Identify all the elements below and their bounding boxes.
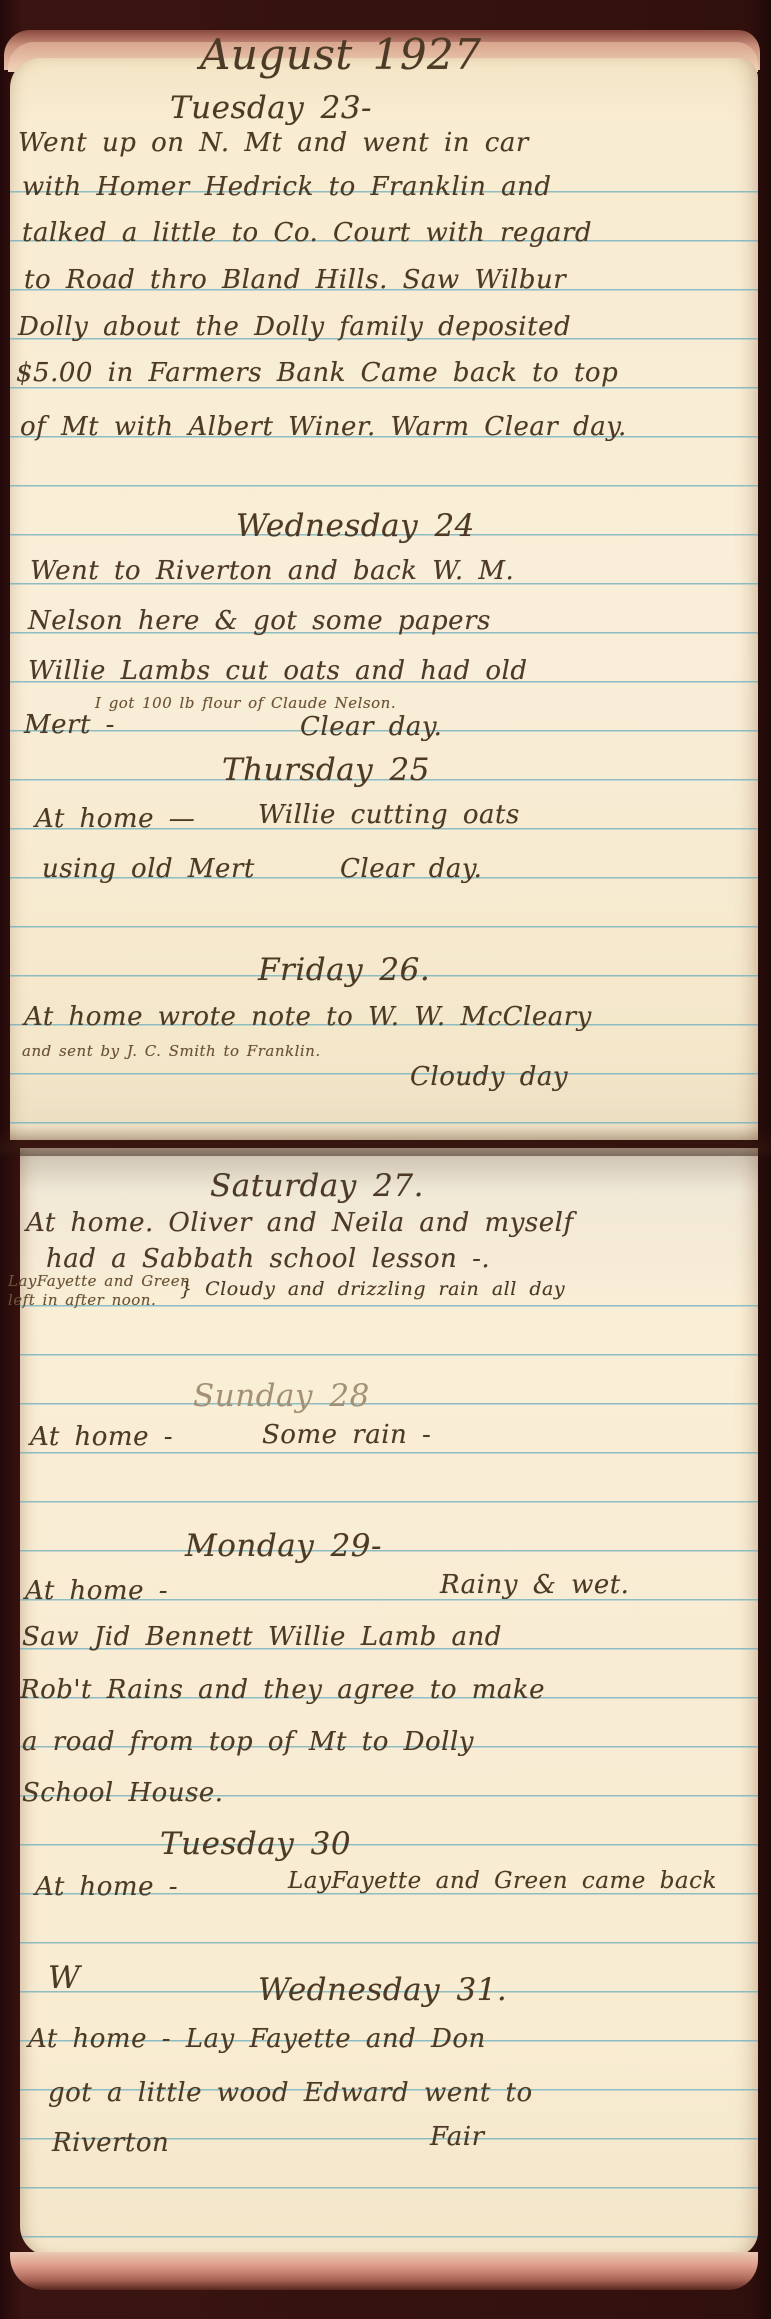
entry-line: a road from top of Mt to Dolly	[22, 1727, 474, 1757]
entry-line: Clear day.	[300, 712, 442, 742]
entry-line: with Homer Hedrick to Franklin and	[22, 172, 552, 202]
entry-line: Went up on N. Mt and went in car	[18, 128, 529, 158]
entry-line: At home -	[35, 1872, 178, 1902]
entry-line: At home —	[35, 804, 195, 834]
entry-line: At home. Oliver and Neila and myself	[26, 1208, 574, 1238]
entry-heading: Wednesday 24	[236, 508, 475, 544]
entry-line: of Mt with Albert Winer. Warm Clear day.	[20, 412, 627, 442]
entry-line: Saw Jid Bennett Willie Lamb and	[22, 1622, 502, 1652]
entry-line: Rob't Rains and they agree to make	[20, 1675, 545, 1705]
entry-line: talked a little to Co. Court with regard	[22, 218, 592, 248]
entry-heading: Monday 29-	[185, 1528, 382, 1564]
entry-line: Went to Riverton and back W. M.	[30, 556, 514, 586]
entry-line: using old Mert	[42, 854, 255, 884]
entry-heading: Wednesday 31.	[258, 1972, 507, 2008]
entry-line: to Road thro Bland Hills. Saw Wilbur	[24, 265, 566, 295]
entry-line: Riverton	[52, 2128, 169, 2158]
page-edge-bottom	[10, 2252, 758, 2290]
entry-heading: Sunday 28	[193, 1378, 370, 1414]
entry-heading: Thursday 25	[222, 752, 430, 788]
entry-prefix: W	[48, 1960, 80, 1996]
entry-note: left in after noon.	[8, 1291, 156, 1309]
entry-line: Rainy & wet.	[440, 1570, 629, 1600]
entry-line: School House.	[22, 1778, 224, 1808]
entry-heading: Tuesday 23-	[170, 90, 372, 126]
entry-heading: Tuesday 30	[160, 1826, 351, 1862]
entry-line: had a Sabbath school lesson -.	[46, 1244, 490, 1274]
entry-note: and sent by J. C. Smith to Franklin.	[22, 1042, 321, 1060]
entry-line: Nelson here & got some papers	[28, 606, 491, 636]
entry-line: At home -	[30, 1422, 173, 1452]
entry-line: got a little wood Edward went to	[48, 2078, 533, 2108]
entry-line: Fair	[430, 2122, 485, 2152]
entry-line: Mert -	[24, 710, 115, 740]
entry-heading: Friday 26.	[258, 952, 430, 988]
entry-line: Willie Lambs cut oats and had old	[28, 656, 528, 686]
entry-heading: Saturday 27.	[210, 1168, 424, 1204]
notebook-scan: August 1927 Tuesday 23- Went up on N. Mt…	[0, 0, 771, 2319]
entry-line: $5.00 in Farmers Bank Came back to top	[16, 358, 618, 388]
entry-line: } Cloudy and drizzling rain all day	[180, 1278, 565, 1300]
entry-line: At home - Lay Fayette and Don	[28, 2024, 486, 2054]
entry-note: LayFayette and Green	[8, 1272, 190, 1290]
entry-line: LayFayette and Green came back	[288, 1868, 717, 1894]
entry-line: Dolly about the Dolly family deposited	[18, 312, 571, 342]
entry-line: Willie cutting oats	[258, 800, 520, 830]
entry-line: Cloudy day	[410, 1062, 568, 1092]
entry-line: Some rain -	[262, 1420, 431, 1450]
month-title: August 1927	[200, 30, 482, 79]
entry-line: At home wrote note to W. W. McCleary	[24, 1002, 592, 1032]
entry-note: I got 100 lb flour of Claude Nelson.	[95, 694, 396, 712]
entry-line: At home -	[25, 1576, 168, 1606]
entry-line: Clear day.	[340, 854, 482, 884]
